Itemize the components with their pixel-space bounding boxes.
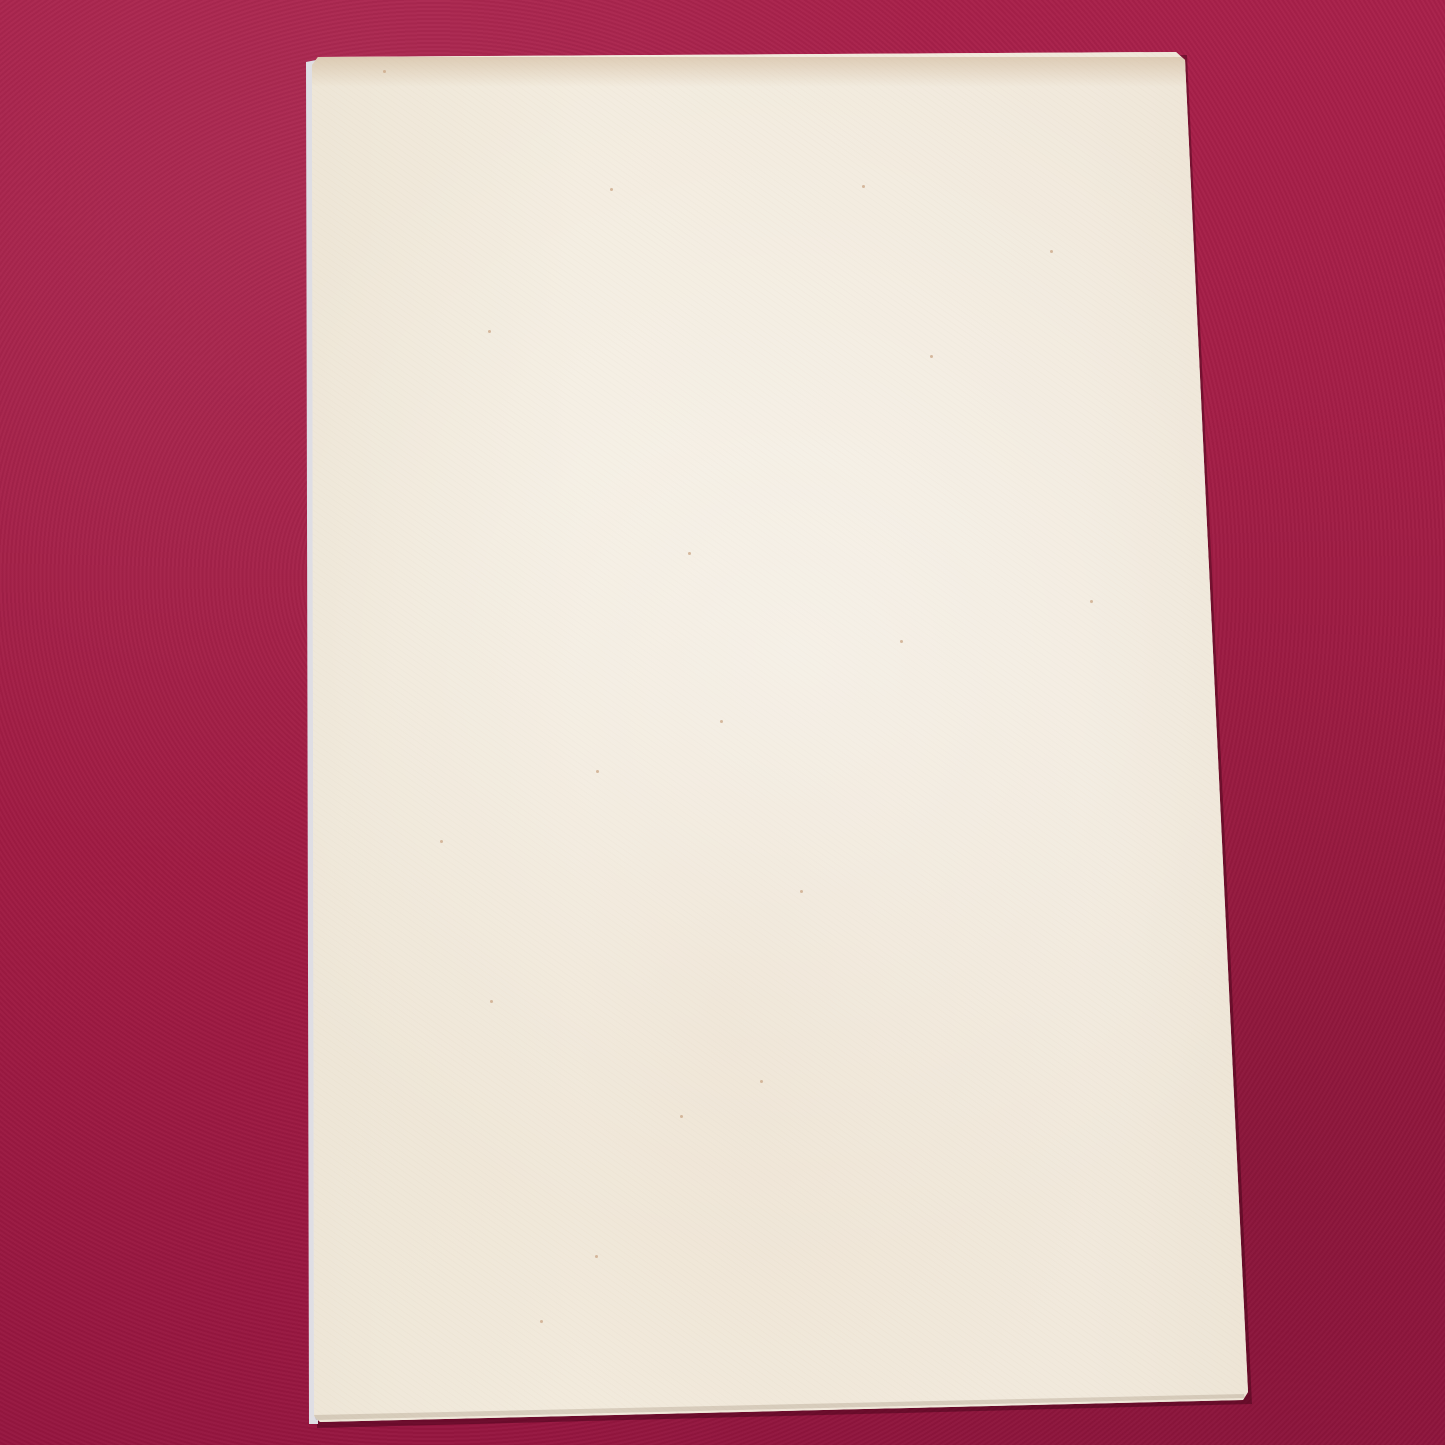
foxing-speck [595, 1255, 598, 1258]
foxing-speck [1050, 250, 1053, 253]
foxing-speck [440, 840, 443, 843]
foxing-speck [760, 1080, 763, 1083]
photo-scene [0, 0, 1445, 1445]
foxing-speck [610, 188, 613, 191]
foxing-speck [490, 1000, 493, 1003]
foxing-speck [720, 720, 723, 723]
foxing-speck [688, 552, 691, 555]
foxing-speck [540, 1320, 543, 1323]
foxing-speck [900, 640, 903, 643]
foxing-speck [596, 770, 599, 773]
foxing-speck [1090, 600, 1093, 603]
foxing-speck [488, 330, 491, 333]
foxing-speck [930, 355, 933, 358]
foxing-speck [800, 890, 803, 893]
foxing-speck [383, 70, 386, 73]
foxing-speck [680, 1115, 683, 1118]
foxing-speck [862, 185, 865, 188]
